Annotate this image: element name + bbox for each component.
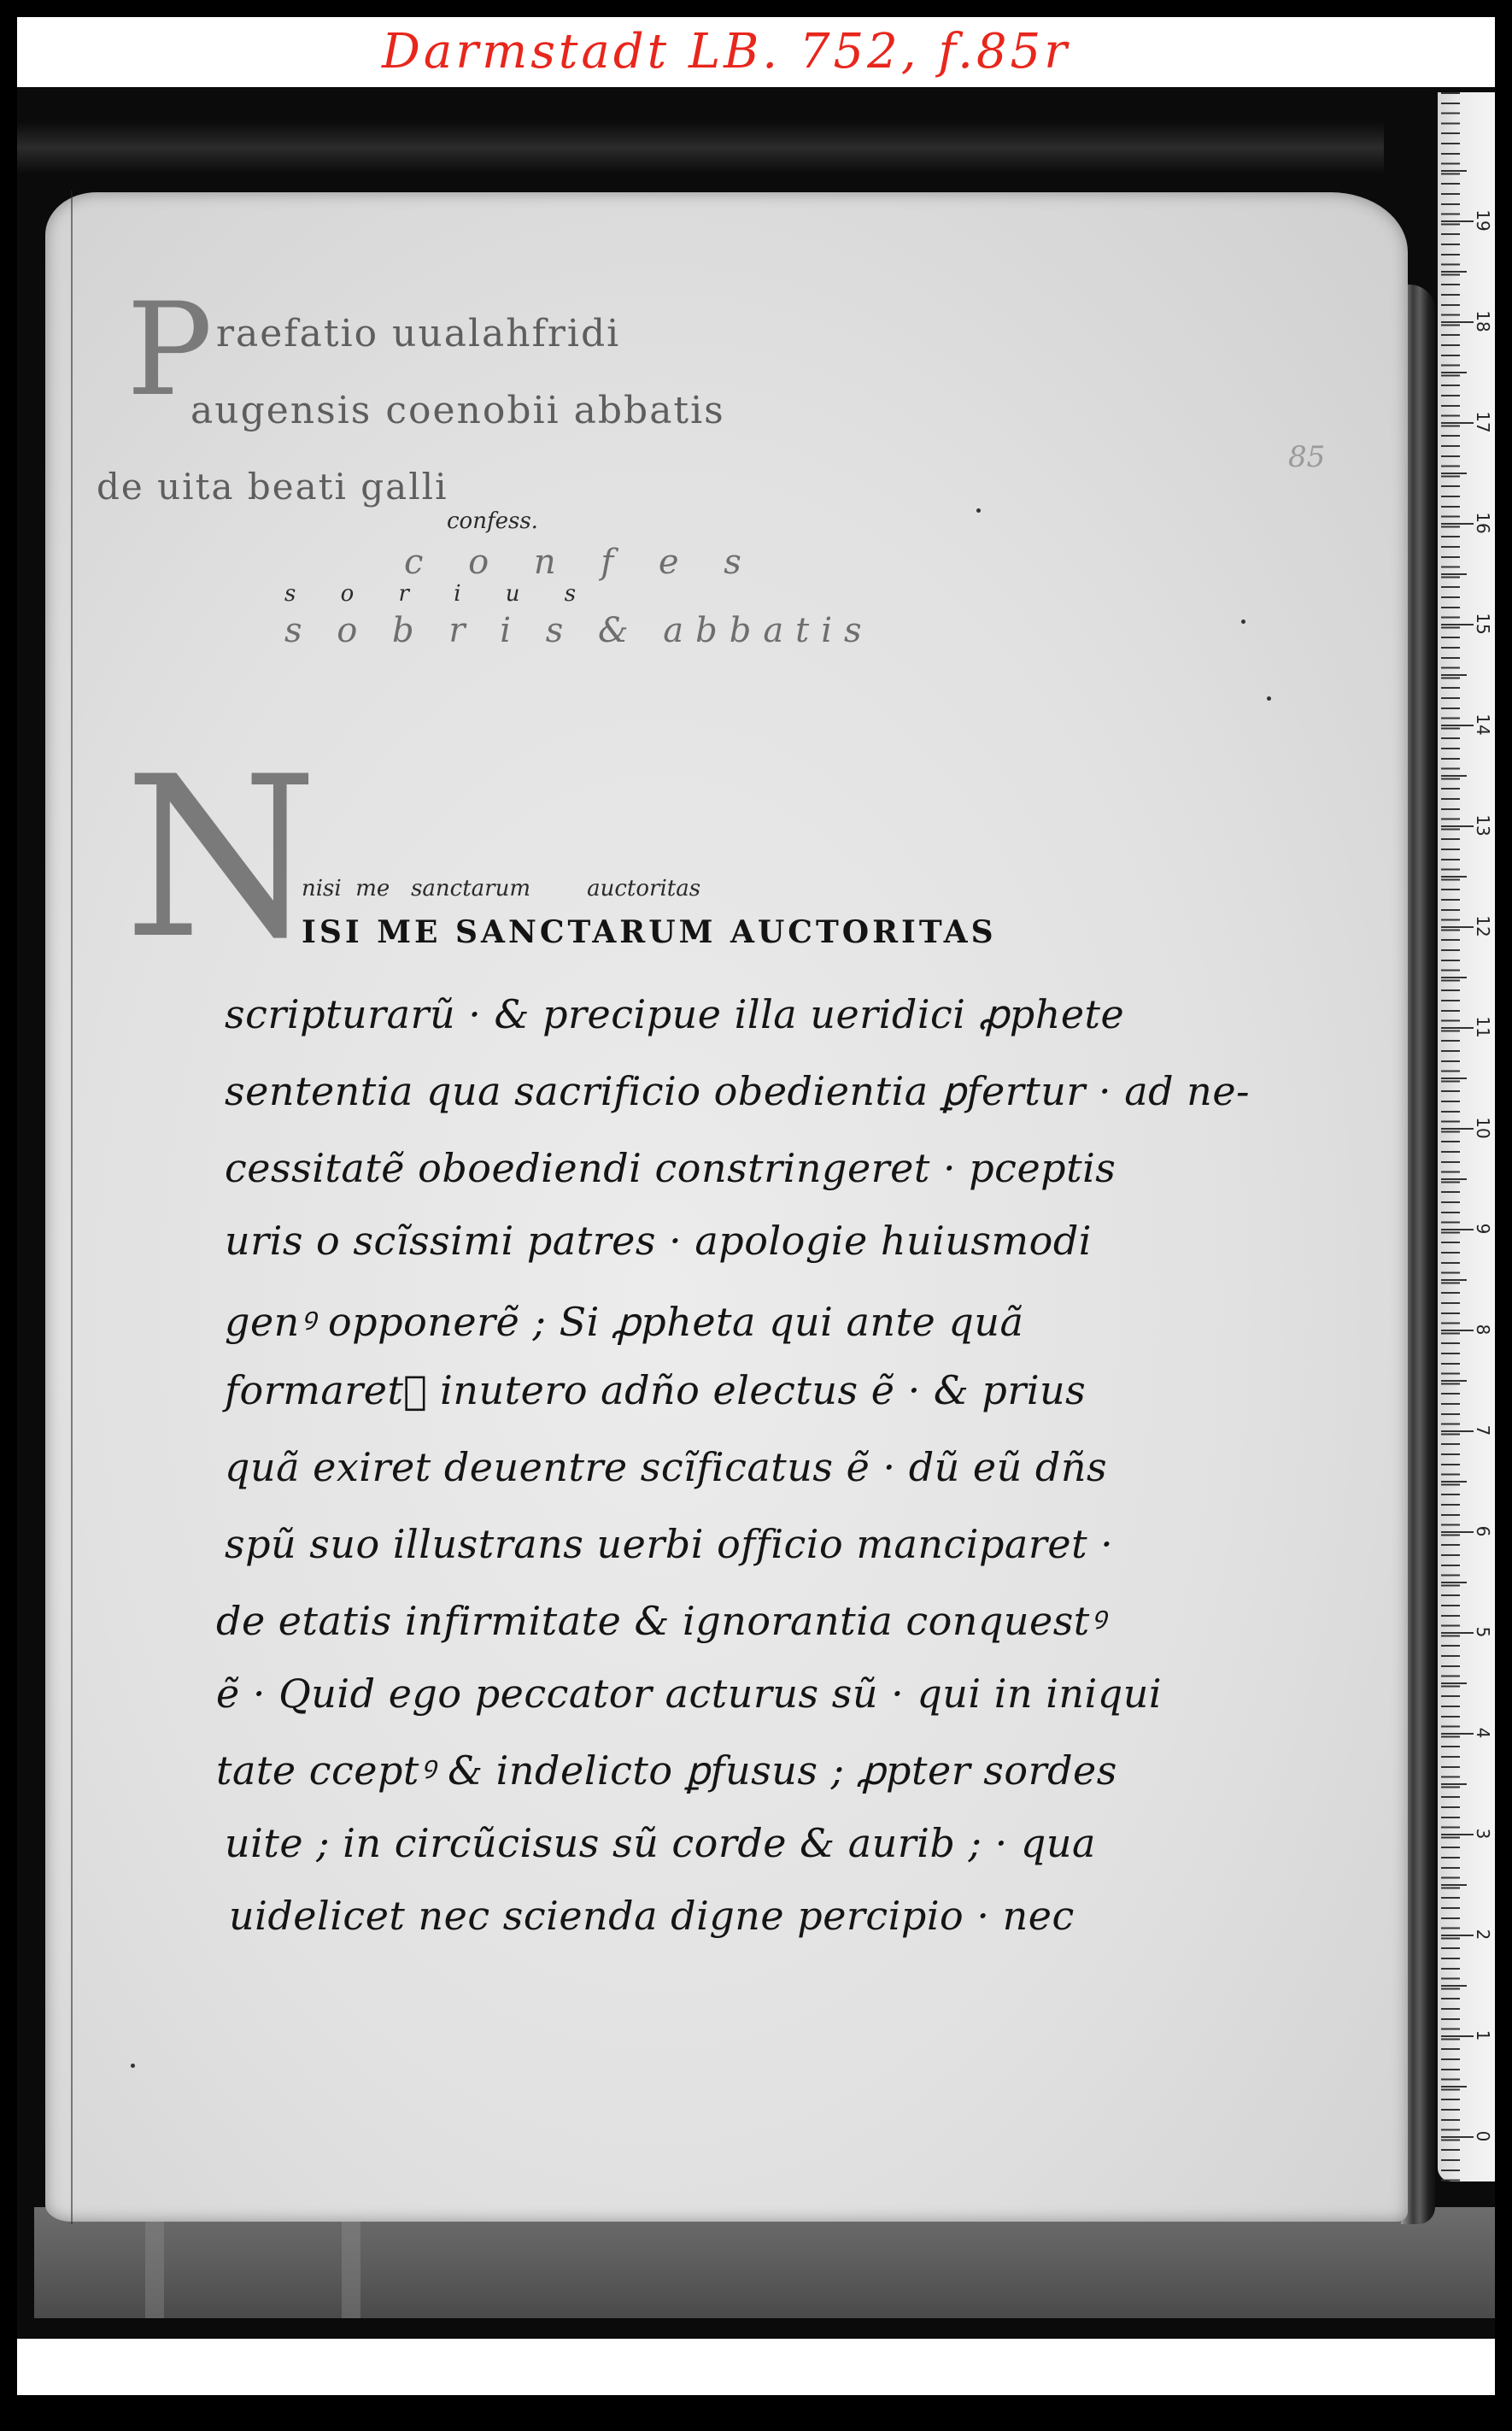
ruler-cm-label: 0 xyxy=(1473,2125,1493,2147)
ruler-half-tick xyxy=(1441,977,1467,978)
film-scratch-line xyxy=(71,191,73,2224)
ruler-major-tick xyxy=(1441,1531,1474,1533)
body-line-12: uite ; in circũcisus sũ corde & aurib ; … xyxy=(225,1820,1096,1866)
ruler-major-tick xyxy=(1441,321,1474,323)
manuscript-photograph: 85 P raefatio uualahfridi augensis coeno… xyxy=(17,88,1495,2339)
bottom-white-band xyxy=(17,2339,1495,2395)
ruler-half-tick xyxy=(1441,1178,1467,1180)
ruler-cm-label: 10 xyxy=(1473,1117,1493,1139)
background-haze xyxy=(17,122,1384,173)
body-line-8: spũ suo illustrans uerbi officio mancipa… xyxy=(225,1521,1113,1567)
ruler-major-tick xyxy=(1441,422,1474,424)
ruler-major-tick xyxy=(1441,1027,1474,1029)
ruler-cm-label: 5 xyxy=(1473,1621,1493,1643)
body-line-3: cessitatẽ oboediendi constringeret · pce… xyxy=(225,1145,1116,1191)
ink-speck xyxy=(1241,619,1245,624)
ruler-minor-ticks xyxy=(1441,92,1475,2181)
archive-label: Darmstadt LB. 752, f.85r xyxy=(299,24,1153,80)
ruler-cm-label: 15 xyxy=(1473,613,1493,635)
ruler-major-tick xyxy=(1441,825,1474,827)
ruler-half-tick xyxy=(1441,1582,1467,1583)
ruler-half-tick xyxy=(1441,1078,1467,1079)
ink-speck xyxy=(976,508,981,513)
table-stripe xyxy=(145,2207,164,2318)
body-line-1: scripturarũ · & precipue illa ueridici ꝓ… xyxy=(225,991,1124,1037)
initial-N: N xyxy=(124,748,319,970)
ruler-half-tick xyxy=(1441,1682,1467,1684)
ruler-half-tick xyxy=(1441,674,1467,676)
ruler-cm-label: 12 xyxy=(1473,915,1493,937)
body-line-9: de etatis infirmitate & ignorantia conqu… xyxy=(216,1594,1105,1647)
body-line-5: genꝰ opponerẽ ; Si ꝓpheta qui ante quã xyxy=(225,1295,1023,1348)
ruler-half-tick xyxy=(1441,1380,1467,1382)
incipit-line: ISI ME SANCTARUM AUCTORITAS xyxy=(302,914,997,950)
body-line-2: sententia qua sacrificio obedientia ꝑfer… xyxy=(225,1068,1250,1114)
ruler-major-tick xyxy=(1441,1834,1474,1835)
ruler-cm-label: 7 xyxy=(1473,1419,1493,1442)
heading-confes: c o n f e s xyxy=(404,543,759,582)
table-surface xyxy=(34,2207,1495,2318)
measuring-ruler: 191817161514131211109876543210 xyxy=(1438,92,1495,2181)
ruler-half-tick xyxy=(1441,271,1467,273)
ruler-half-tick xyxy=(1441,876,1467,878)
ruler-major-tick xyxy=(1441,2136,1474,2138)
ruler-cm-label: 17 xyxy=(1473,411,1493,433)
manuscript-page: 85 P raefatio uualahfridi augensis coeno… xyxy=(45,192,1408,2222)
ruler-cm-label: 14 xyxy=(1473,713,1493,736)
ruler-major-tick xyxy=(1441,523,1474,525)
ruler-major-tick xyxy=(1441,220,1474,222)
body-line-6: formaretᷣ inutero adño electus ẽ · & pri… xyxy=(225,1367,1086,1413)
archive-label-band: Darmstadt LB. 752, f.85r xyxy=(17,17,1495,87)
ruler-cm-label: 4 xyxy=(1473,1722,1493,1744)
ruler-cm-label: 6 xyxy=(1473,1520,1493,1542)
ink-speck xyxy=(1267,696,1271,701)
body-line-4: uris o scĩssimi patres · apologie huiusm… xyxy=(225,1218,1092,1264)
ruler-cm-label: 13 xyxy=(1473,814,1493,837)
ruler-half-tick xyxy=(1441,573,1467,575)
heading-line-1: raefatio uualahfridi xyxy=(216,312,620,355)
ruler-cm-label: 18 xyxy=(1473,310,1493,332)
ruler-half-tick xyxy=(1441,1481,1467,1483)
ruler-half-tick xyxy=(1441,170,1467,172)
ruler-half-tick xyxy=(1441,1985,1467,1987)
body-line-10: ẽ · Quid ego peccator acturus sũ · qui i… xyxy=(216,1671,1162,1717)
ruler-cm-label: 8 xyxy=(1473,1318,1493,1341)
ruler-major-tick xyxy=(1441,725,1474,726)
heading-line-3: de uita beati galli xyxy=(97,466,448,508)
heading-line-2: augensis coenobii abbatis xyxy=(190,389,725,432)
ruler-major-tick xyxy=(1441,1632,1474,1634)
ruler-major-tick xyxy=(1441,1733,1474,1735)
gloss-soris: s o r i u s xyxy=(284,581,595,607)
ruler-half-tick xyxy=(1441,473,1467,474)
ruler-cm-label: 1 xyxy=(1473,2024,1493,2046)
ruler-half-tick xyxy=(1441,1884,1467,1886)
ruler-cm-label: 19 xyxy=(1473,209,1493,232)
table-stripe xyxy=(342,2207,360,2318)
ruler-half-tick xyxy=(1441,1279,1467,1281)
body-line-7: quã exiret deuentre scĩficatus ẽ · dũ eũ… xyxy=(225,1444,1107,1490)
body-line-11: tate cceptꝰ & indelicto ꝑfusus ; ꝓpter s… xyxy=(216,1743,1117,1796)
ruler-major-tick xyxy=(1441,2035,1474,2037)
incipit-gloss: nisi me sanctarum auctoritas xyxy=(302,876,700,901)
ruler-cm-label: 11 xyxy=(1473,1016,1493,1038)
ruler-major-tick xyxy=(1441,926,1474,928)
ruler-half-tick xyxy=(1441,372,1467,373)
ruler-major-tick xyxy=(1441,1430,1474,1432)
ruler-half-tick xyxy=(1441,2086,1467,2087)
ruler-cm-label: 3 xyxy=(1473,1823,1493,1845)
body-line-13: uidelicet nec scienda digne percipio · n… xyxy=(229,1893,1075,1939)
ruler-major-tick xyxy=(1441,1128,1474,1130)
ruler-cm-label: 9 xyxy=(1473,1218,1493,1240)
ink-speck xyxy=(131,2064,135,2068)
ruler-cm-label: 16 xyxy=(1473,512,1493,534)
folio-number: 85 xyxy=(1288,440,1325,474)
ruler-half-tick xyxy=(1441,1783,1467,1785)
ruler-cm-label: 2 xyxy=(1473,1923,1493,1946)
heading-sobris-abbatis: s o b r i s & abbatis xyxy=(284,611,874,650)
ruler-major-tick xyxy=(1441,624,1474,625)
ruler-major-tick xyxy=(1441,1330,1474,1331)
ruler-major-tick xyxy=(1441,1935,1474,1936)
ruler-major-tick xyxy=(1441,1229,1474,1230)
gloss-confess: confess. xyxy=(447,508,538,534)
ruler-half-tick xyxy=(1441,775,1467,777)
